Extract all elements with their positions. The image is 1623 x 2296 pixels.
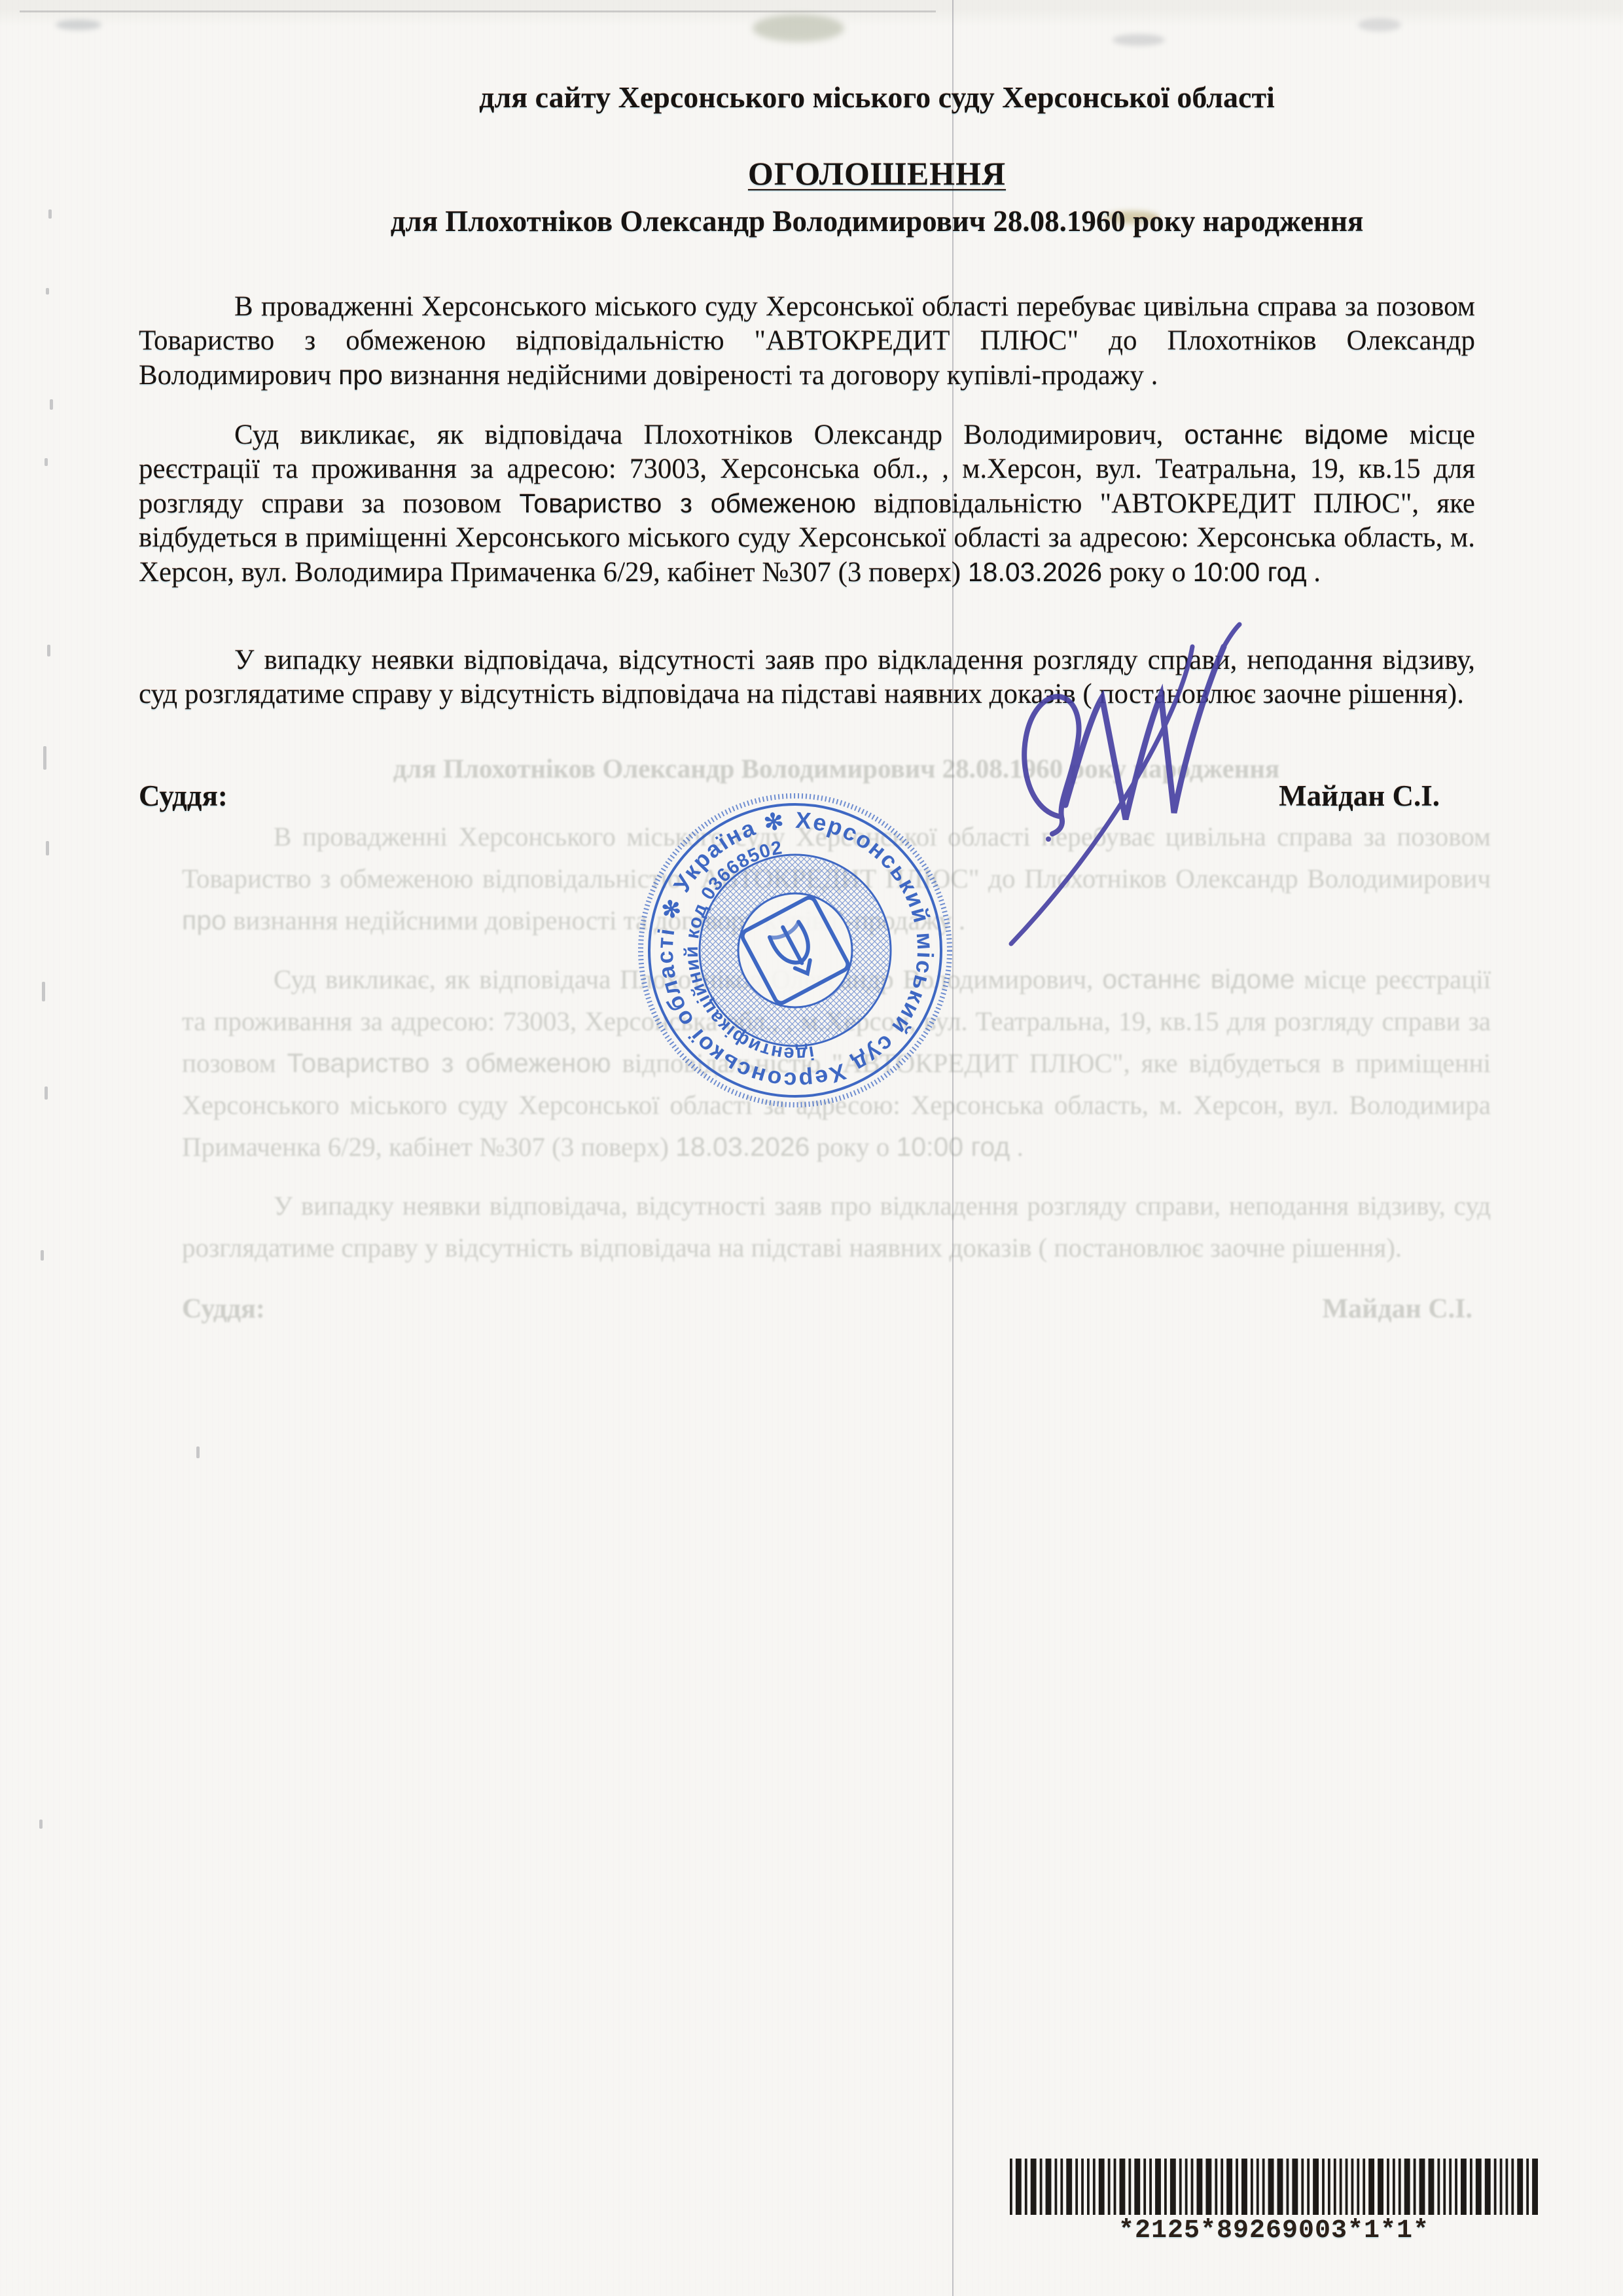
speck-artifact (42, 982, 45, 1001)
paragraph: Суд викликає, як відповідача Плохотніков… (139, 418, 1475, 590)
paragraph: У випадку неявки відповідача, відсутност… (182, 1185, 1491, 1268)
speck-artifact (41, 1250, 44, 1261)
speck-artifact (196, 1446, 200, 1458)
announcement-subtitle: для Плохотніков Олександр Володимирович … (65, 204, 1623, 238)
scan-edge-artifact (20, 10, 936, 12)
speck-artifact (47, 645, 50, 656)
smudge-artifact (753, 14, 844, 42)
speck-artifact (46, 841, 49, 855)
ghost-judge-name: Майдан С.І. (1323, 1293, 1472, 1325)
judge-signature (949, 609, 1355, 975)
speck-artifact (43, 746, 46, 770)
ghost-judge-label: Суддя: (182, 1293, 265, 1325)
scanned-document-page: для Плохотніков Олександр Володимирович … (0, 0, 1623, 2296)
judge-label: Суддя: (139, 779, 228, 813)
court-stamp-seal: Херсонський міський суд Херсонської обла… (632, 787, 959, 1114)
speck-artifact (39, 1820, 43, 1829)
smudge-artifact (56, 20, 101, 30)
speck-artifact (48, 209, 52, 219)
speck-artifact (45, 458, 48, 466)
speck-artifact (50, 399, 53, 410)
announcement-title: ОГОЛОШЕННЯ (65, 154, 1623, 192)
smudge-artifact (1358, 18, 1401, 31)
header-line: для сайту Херсонського міського суду Хер… (65, 80, 1623, 115)
smudge-artifact (1113, 34, 1165, 46)
speck-artifact (46, 288, 49, 295)
paragraph: В провадженні Херсонського міського суду… (139, 290, 1475, 393)
barcode (1010, 2159, 1538, 2215)
barcode-label: *2125*89269003*1*1* (1010, 2216, 1538, 2246)
speck-artifact (45, 1086, 48, 1100)
